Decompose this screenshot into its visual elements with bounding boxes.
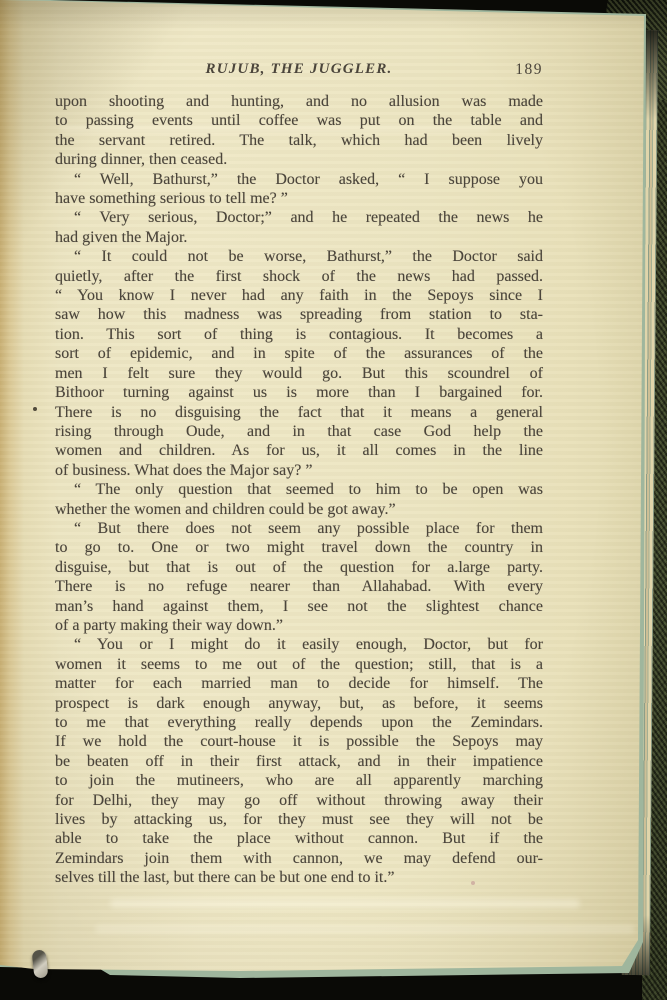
ink-speck: [33, 407, 37, 411]
text-line: upon shooting and hunting, and no allusi…: [55, 92, 543, 111]
text-line: during dinner, then ceased.: [55, 150, 543, 169]
text-line: able to take the place without cannon. B…: [55, 829, 543, 848]
text-line: matter for each married man to decide fo…: [55, 674, 543, 693]
text-line: of a party making their way down.”: [55, 616, 543, 635]
text-line: sort of epidemic, and in spite of the as…: [55, 344, 543, 363]
text-line: selves till the last, but there can be b…: [55, 868, 543, 887]
text-line: be beaten off in their first attack, and…: [55, 752, 543, 771]
text-line: to me that everything really depends upo…: [55, 713, 543, 732]
text-line: tion. This sort of thing is contagious. …: [55, 325, 543, 344]
text-line: saw how this madness was spreading from …: [55, 305, 543, 324]
text-line: “ It could not be worse, Bathurst,” the …: [55, 247, 543, 266]
book-page: RUJUB, THE JUGGLER. 189 upon shooting an…: [0, 0, 648, 976]
page-marker: [32, 949, 49, 978]
text-line: had given the Major.: [55, 228, 543, 247]
text-line: If we hold the court-house it is possibl…: [55, 732, 543, 751]
text-line: prospect is dark enough anyway, but, as …: [55, 694, 543, 713]
page-text: upon shooting and hunting, and no allusi…: [55, 92, 543, 888]
text-line: There is no disguising the fact that it …: [55, 403, 543, 422]
page-number: 189: [515, 61, 543, 79]
text-line: “ You or I might do it easily enough, Do…: [55, 635, 543, 654]
text-line: women and children. As for us, it all co…: [55, 441, 543, 460]
text-line: to go to. One or two might travel down t…: [55, 538, 543, 557]
text-line: There is no refuge nearer than Allahabad…: [55, 577, 543, 596]
scan-streak: [110, 899, 580, 908]
text-line: to join the mutineers, who are all appar…: [55, 771, 543, 790]
text-line: Zemindars join them with cannon, we may …: [55, 849, 543, 868]
text-line: lives by attacking us, for they must see…: [55, 810, 543, 829]
text-line: the servant retired. The talk, which had…: [55, 131, 543, 150]
text-line: rising through Oude, and in that case Go…: [55, 422, 543, 441]
book-photo: RUJUB, THE JUGGLER. 189 upon shooting an…: [0, 0, 667, 1000]
text-line: “ The only question that seemed to him t…: [55, 480, 543, 499]
text-line: men I felt sure they would go. But this …: [55, 364, 543, 383]
running-header-title: RUJUB, THE JUGGLER.: [55, 61, 543, 78]
text-line: of business. What does the Major say? ”: [55, 461, 543, 480]
text-line: women it seems to me out of the question…: [55, 655, 543, 674]
text-line: whether the women and children could be …: [55, 500, 543, 519]
text-line: disguise, but that is out of the questio…: [55, 558, 543, 577]
text-line: “ You know I never had any faith in the …: [55, 286, 543, 305]
text-line: have something serious to tell me? ”: [55, 189, 543, 208]
running-header: RUJUB, THE JUGGLER. 189: [55, 61, 543, 81]
text-line: to passing events until coffee was put o…: [55, 111, 543, 130]
text-line: “ But there does not seem any possible p…: [55, 519, 543, 538]
text-line: “ Very serious, Doctor;” and he repeated…: [55, 208, 543, 227]
text-line: quietly, after the first shock of the ne…: [55, 267, 543, 286]
scan-streak: [95, 925, 635, 933]
text-line: for Delhi, they may go off without throw…: [55, 791, 543, 810]
text-line: Bithoor turning against us is more than …: [55, 383, 543, 402]
text-line: man’s hand against them, I see not the s…: [55, 597, 543, 616]
text-line: “ Well, Bathurst,” the Doctor asked, “ I…: [55, 170, 543, 189]
